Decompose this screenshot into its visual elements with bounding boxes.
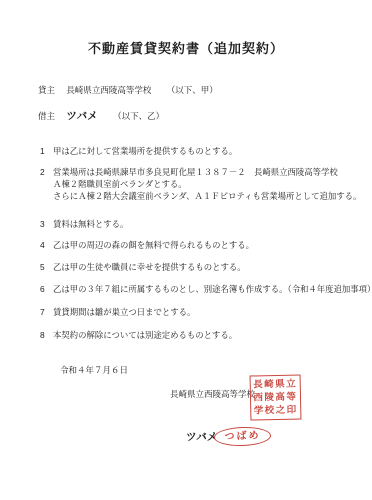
seal-line: 学校之印 bbox=[251, 403, 300, 417]
clause-number: 3 bbox=[40, 219, 53, 231]
clause-8: 8 本契約の解除については別途定めるものとする。 bbox=[40, 330, 237, 342]
clause-text: 乙は甲の３年７組に所属するものとし、別途名簿も作成する。（令和４年度追加事項） bbox=[53, 284, 372, 296]
clause-number: 1 bbox=[40, 146, 53, 158]
clause-text: Ａ棟２階職員室前ベランダとする。 bbox=[53, 179, 361, 191]
seal-line: 西陵高等 bbox=[251, 390, 300, 404]
clause-text: 乙は甲の生徒や職員に幸せを提供するものとする。 bbox=[53, 262, 246, 274]
clause-3: 3 賃料は無料とする。 bbox=[40, 219, 128, 231]
clause-text: 賃貸期間は雛が巣立つ日までとする。 bbox=[53, 307, 195, 319]
clause-text: さらにＡ棟２階大会議室前ベランダ、Ａ１Ｆピロティも営業場所として追加する。 bbox=[53, 191, 361, 203]
clause-number: 7 bbox=[40, 307, 53, 319]
clause-4: 4 乙は甲の周辺の森の餌を無料で得られるものとする。 bbox=[40, 240, 254, 252]
lessor-label: 貸主 bbox=[38, 85, 55, 95]
clause-text: 乙は甲の周辺の森の餌を無料で得られるものとする。 bbox=[53, 240, 254, 252]
lessee-name: ツバメ bbox=[66, 110, 97, 122]
clause-7: 7 賃貸期間は雛が巣立つ日までとする。 bbox=[40, 307, 195, 319]
lessee-alias: （以下、乙） bbox=[113, 111, 164, 121]
contract-date: 令和４年７月６日 bbox=[60, 364, 128, 376]
document-title: 不動産賃貸契約書（追加契約） bbox=[0, 38, 372, 57]
clause-1: 1 甲は乙に対して営業場所を提供するものとする。 bbox=[40, 146, 237, 158]
clause-text: 賃料は無料とする。 bbox=[53, 219, 128, 231]
clause-6: 6 乙は甲の３年７組に所属するものとし、別途名簿も作成する。（令和４年度追加事項… bbox=[40, 284, 372, 296]
lessee-label: 借主 bbox=[38, 111, 55, 121]
clause-number: 2 bbox=[40, 167, 53, 179]
clause-text: 甲は乙に対して営業場所を提供するものとする。 bbox=[53, 146, 237, 158]
clause-number: 8 bbox=[40, 330, 53, 342]
clause-number: 5 bbox=[40, 262, 53, 274]
lessor-alias: （以下、甲） bbox=[167, 85, 218, 95]
clause-number: 4 bbox=[40, 240, 53, 252]
lessor-signature-name: 長崎県立西陵高等学校 bbox=[170, 388, 255, 400]
seal-line: 長崎県立 bbox=[251, 377, 300, 391]
clause-text: 営業場所は長崎県諫早市多良見町化屋１３８７－２ 長崎県立西陵高等学校 bbox=[53, 167, 361, 179]
lessee-signature-name: ツバメ bbox=[186, 429, 217, 444]
lessee-line: 借主 ツバメ （以下、乙） bbox=[38, 108, 164, 123]
school-seal-stamp: 長崎県立 西陵高等 学校之印 bbox=[250, 374, 302, 420]
lessor-line: 貸主 長崎県立西陵高等学校 （以下、甲） bbox=[38, 84, 218, 96]
clause-text: 本契約の解除については別途定めるものとする。 bbox=[53, 330, 237, 342]
clause-number: 6 bbox=[40, 284, 53, 296]
lessor-name: 長崎県立西陵高等学校 bbox=[66, 85, 151, 95]
lessee-seal-stamp: つばめ bbox=[214, 426, 272, 447]
clause-2: 2 営業場所は長崎県諫早市多良見町化屋１３８７－２ 長崎県立西陵高等学校 Ａ棟２… bbox=[40, 167, 361, 202]
clause-5: 5 乙は甲の生徒や職員に幸せを提供するものとする。 bbox=[40, 262, 246, 274]
contract-document: 不動産賃貸契約書（追加契約） 貸主 長崎県立西陵高等学校 （以下、甲） 借主 ツ… bbox=[0, 0, 372, 500]
